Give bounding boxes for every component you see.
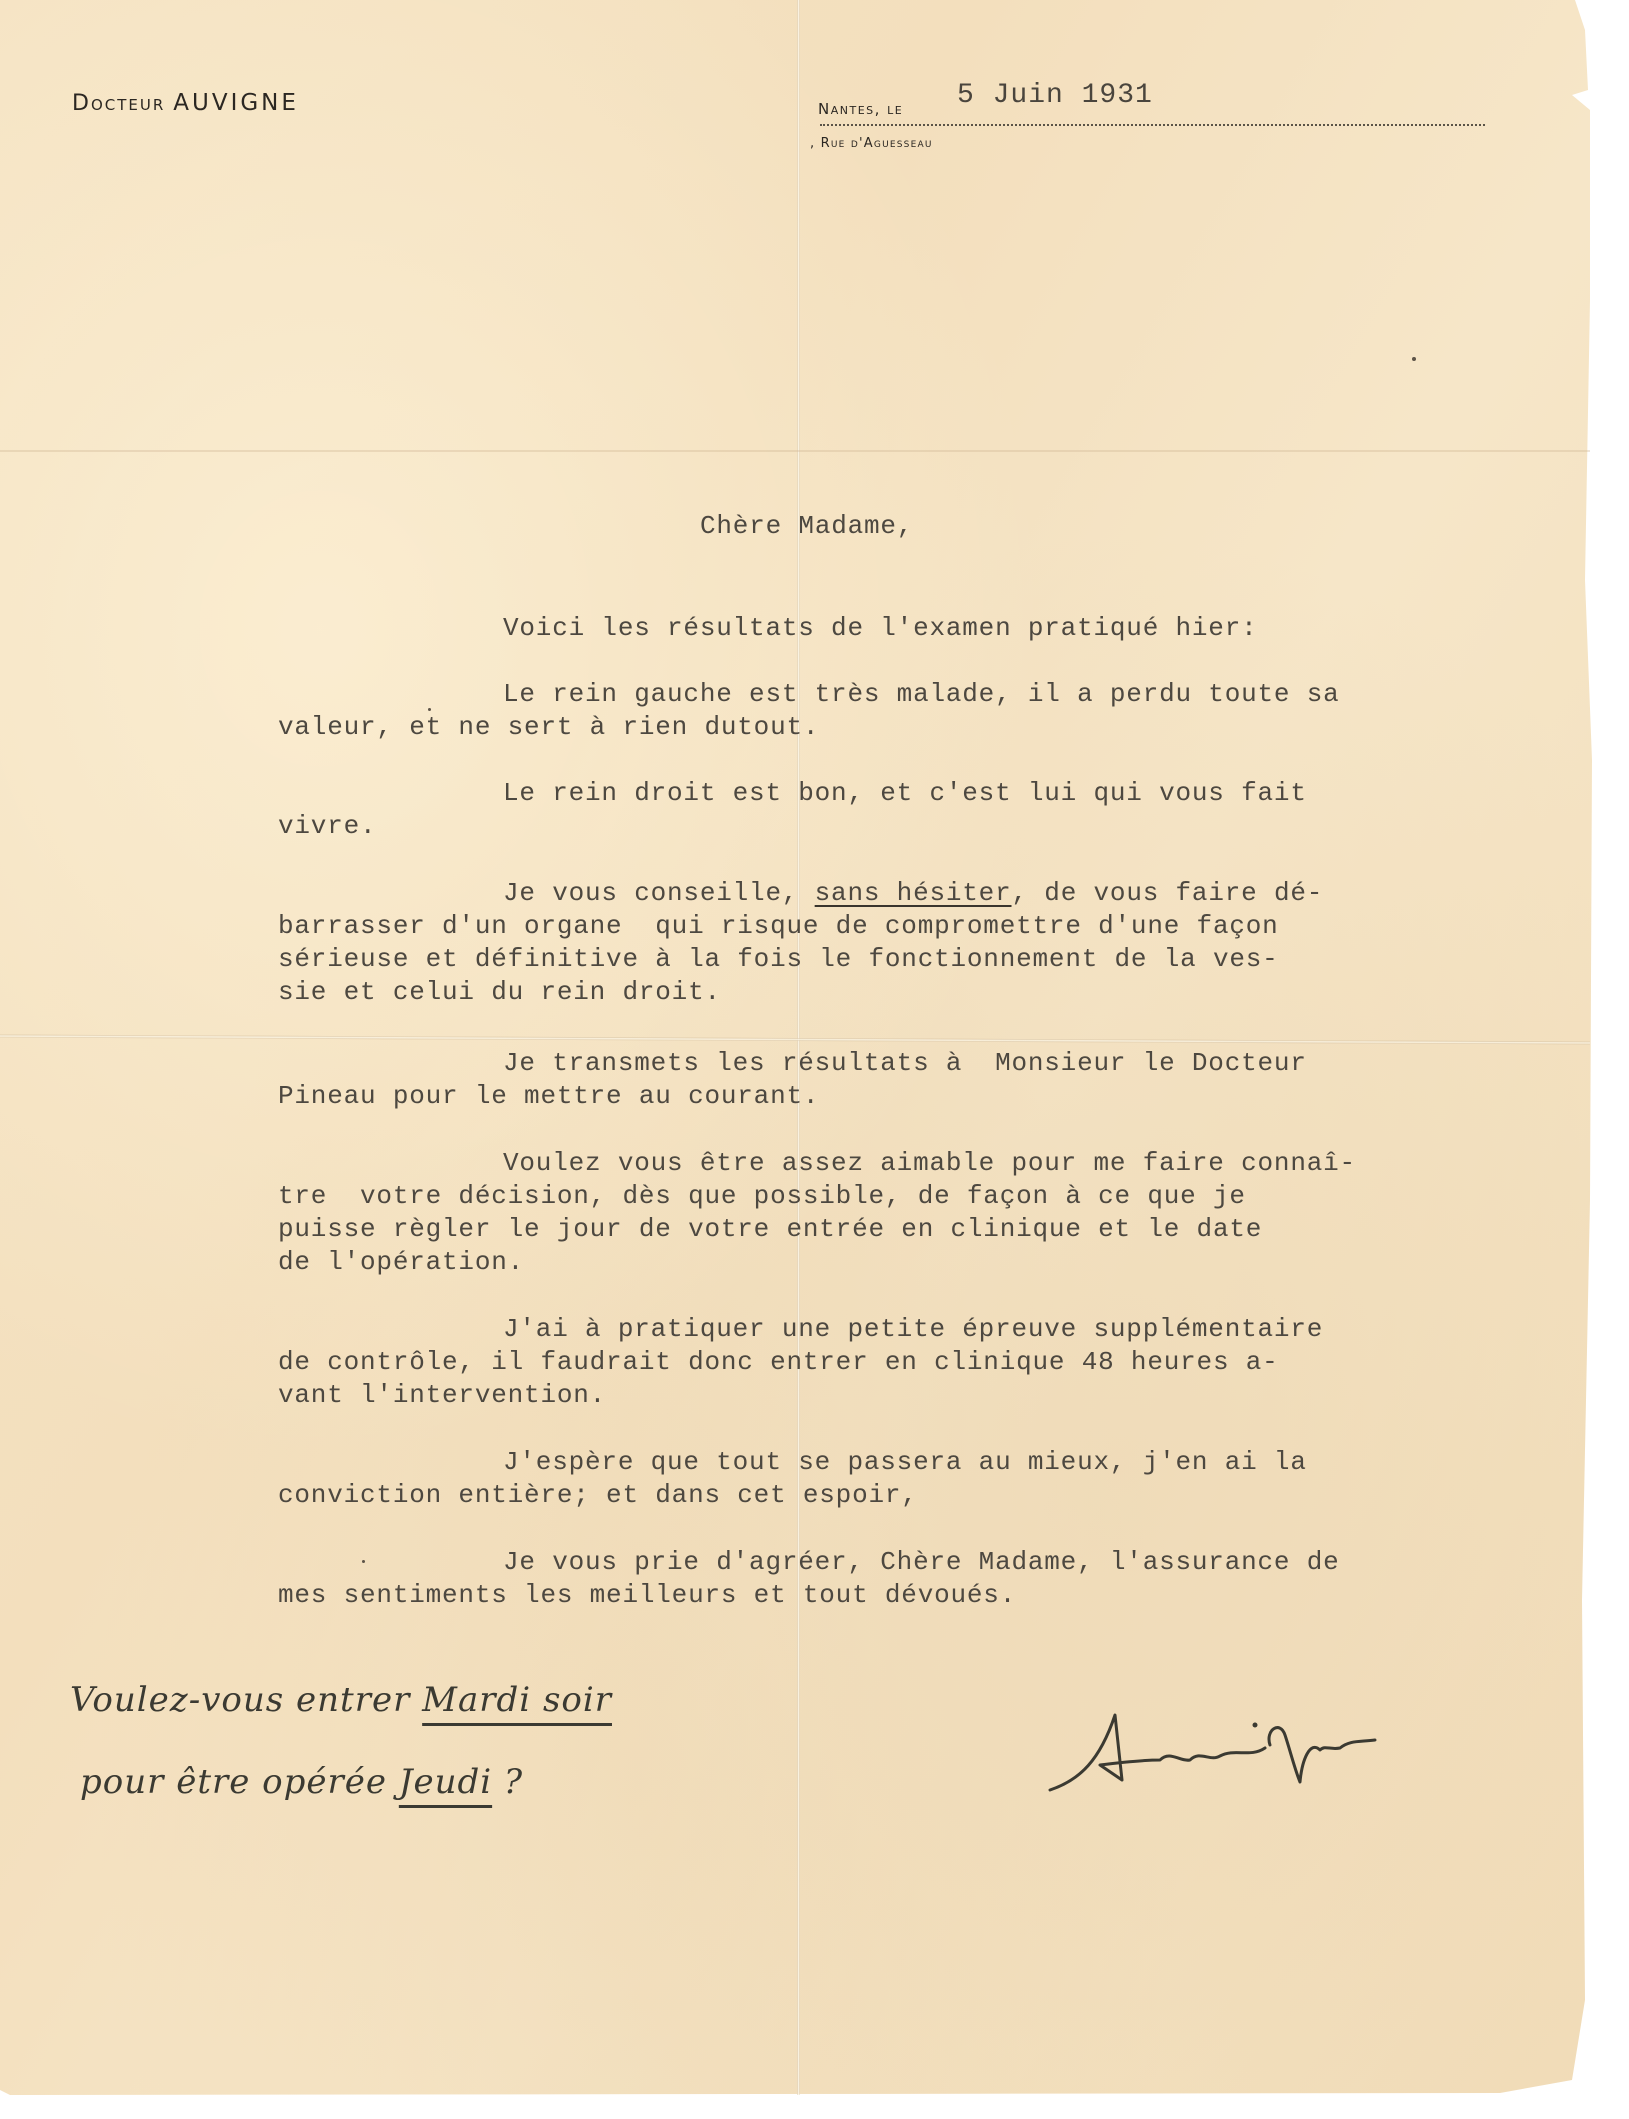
body-line: de contrôle, il faudrait donc entrer en … xyxy=(278,1346,1279,1379)
body-line: conviction entière; et dans cet espoir, xyxy=(278,1479,918,1512)
body-line: Voici les résultats de l'examen pratiqué… xyxy=(503,612,1258,645)
body-line: Le rein droit est bon, et c'est lui qui … xyxy=(503,777,1307,810)
body-line: J'ai à pratiquer une petite épreuve supp… xyxy=(503,1313,1323,1346)
body-line: Le rein gauche est très malade, il a per… xyxy=(503,678,1340,711)
letterhead-surname: AUVIGNE xyxy=(173,90,299,116)
salutation: Chère Madame, xyxy=(700,510,913,543)
body-line: J'espère que tout se passera au mieux, j… xyxy=(503,1446,1307,1479)
handwritten-text: Voulez-vous entrer xyxy=(70,1680,422,1720)
signature xyxy=(1040,1690,1380,1805)
body-line: tre votre décision, dès que possible, de… xyxy=(278,1180,1246,1213)
closing-line: Je vous prie d'agréer, Chère Madame, l'a… xyxy=(503,1546,1340,1579)
body-text: , de vous faire dé- xyxy=(1012,878,1324,908)
body-line: sérieuse et définitive à la fois le fonc… xyxy=(278,943,1279,976)
handwritten-note-line-2: pour être opérée Jeudi ? xyxy=(80,1762,523,1802)
upper-fold-crease xyxy=(0,450,1590,452)
body-line: Pineau pour le mettre au courant. xyxy=(278,1080,819,1113)
body-line: puisse règler le jour de votre entrée en… xyxy=(278,1213,1262,1246)
letterhead-address: , Rue d'Aguesseau xyxy=(810,136,933,151)
letter-date: 5 Juin 1931 xyxy=(957,80,1153,111)
paper-speck xyxy=(428,708,431,711)
body-line: Voulez vous être assez aimable pour me f… xyxy=(503,1147,1356,1180)
body-text: Je vous conseille, xyxy=(503,878,815,908)
paper-speck xyxy=(1412,357,1416,361)
body-line: vivre. xyxy=(278,810,376,843)
handwritten-underlined-day: Jeudi xyxy=(399,1762,492,1802)
signature-scrawl-icon xyxy=(1040,1690,1380,1800)
underlined-phrase: sans hésiter xyxy=(815,878,1012,908)
body-line-emphasis: Je vous conseille, sans hésiter, de vous… xyxy=(503,877,1323,910)
body-line: de l'opération. xyxy=(278,1246,524,1279)
handwritten-text: ? xyxy=(492,1762,523,1802)
body-line: barrasser d'un organe qui risque de comp… xyxy=(278,910,1279,943)
paper-speck xyxy=(362,1560,365,1563)
closing-line: mes sentiments les meilleurs et tout dév… xyxy=(278,1579,1016,1612)
letterhead-title: Docteur xyxy=(72,91,165,116)
letterhead-doctor-name: DocteurAUVIGNE xyxy=(72,90,299,116)
handwritten-note-line-1: Voulez-vous entrer Mardi soir xyxy=(70,1680,612,1720)
body-line: valeur, et ne sert à rien dutout. xyxy=(278,711,819,744)
place-label: Nantes, le xyxy=(818,100,903,118)
handwritten-underlined-day: Mardi soir xyxy=(422,1680,612,1720)
body-line: vant l'intervention. xyxy=(278,1379,606,1412)
handwritten-text: pour être opérée xyxy=(80,1762,399,1802)
body-line: sie et celui du rein droit. xyxy=(278,976,721,1009)
body-line: Je transmets les résultats à Monsieur le… xyxy=(503,1047,1307,1080)
